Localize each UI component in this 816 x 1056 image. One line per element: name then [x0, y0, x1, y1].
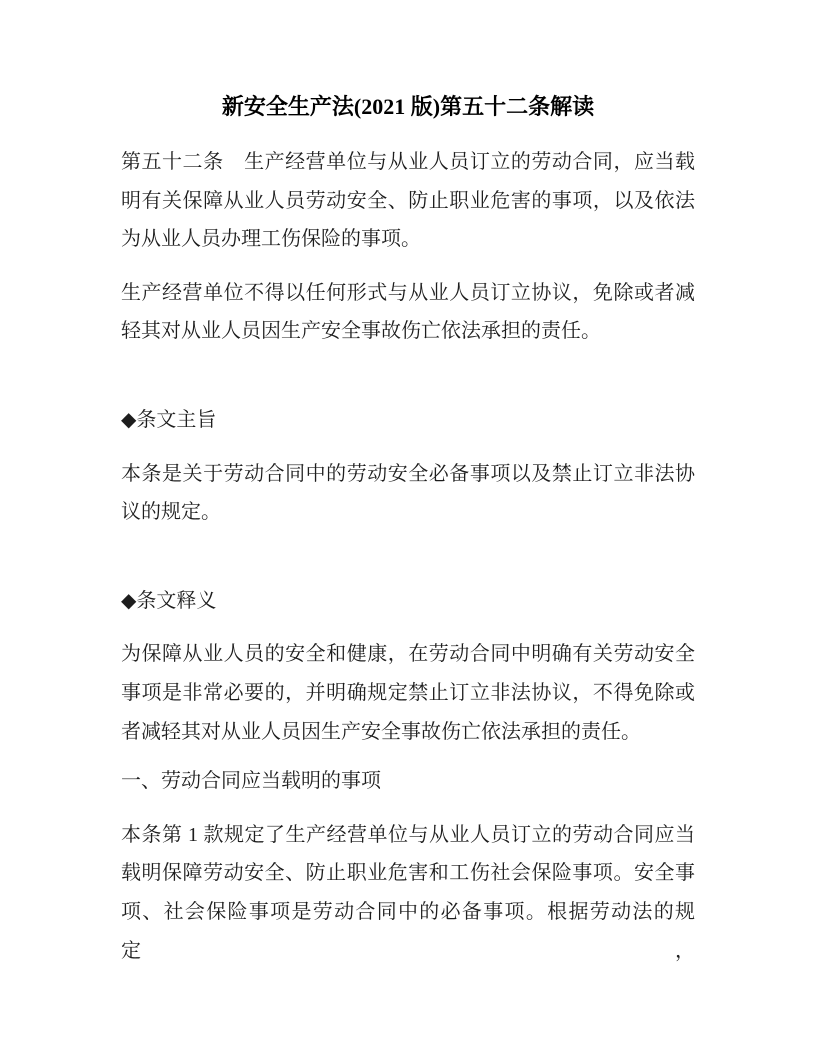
- paragraph-item1-body: 本条第 1 款规定了生产经营单位与从业人员订立的劳动合同应当 载明保障劳动安全、…: [121, 816, 695, 970]
- text-line: 本条第 1 款规定了生产经营单位与从业人员订立的劳动合同应当: [121, 816, 695, 855]
- text-line: 明有关保障从业人员劳动安全、防止职业危害的事项，以及依法: [121, 182, 695, 221]
- text-line: 本条是关于劳动合同中的劳动安全必备事项以及禁止订立非法协: [121, 455, 695, 494]
- section-heading-label: 条文主旨: [136, 409, 216, 431]
- text-line: 生产经营单位不得以任何形式与从业人员订立协议，免除或者减: [121, 274, 695, 313]
- text-line: 第五十二条 生产经营单位与从业人员订立的劳动合同，应当载: [121, 143, 695, 182]
- section-heading-interpretation: ◆条文释义: [121, 582, 695, 621]
- heading-item-1: 一、劳动合同应当载明的事项: [121, 762, 695, 801]
- paragraph-article-clause1: 第五十二条 生产经营单位与从业人员订立的劳动合同，应当载 明有关保障从业人员劳动…: [121, 143, 695, 259]
- paragraph-purport-body: 本条是关于劳动合同中的劳动安全必备事项以及禁止订立非法协 议的规定。: [121, 455, 695, 532]
- document-page: 新安全生产法(2021 版)第五十二条解读 第五十二条 生产经营单位与从业人员订…: [0, 0, 816, 1056]
- diamond-bullet-icon: ◆: [121, 590, 136, 612]
- text-line: 项、社会保险事项是劳动合同中的必备事项。根据劳动法的规定，: [121, 893, 695, 970]
- text-line: 载明保障劳动安全、防止职业危害和工伤社会保险事项。安全事: [121, 854, 695, 893]
- text-line: 为从业人员办理工伤保险的事项。: [121, 220, 695, 259]
- document-title: 新安全生产法(2021 版)第五十二条解读: [121, 92, 695, 122]
- text-line: 者减轻其对从业人员因生产安全事故伤亡依法承担的责任。: [121, 713, 695, 752]
- section-heading-label: 条文释义: [136, 590, 216, 612]
- text-line: 事项是非常必要的，并明确规定禁止订立非法协议，不得免除或: [121, 674, 695, 713]
- text-line: 轻其对从业人员因生产安全事故伤亡依法承担的责任。: [121, 312, 695, 351]
- paragraph-interpretation-body: 为保障从业人员的安全和健康，在劳动合同中明确有关劳动安全 事项是非常必要的，并明…: [121, 635, 695, 751]
- text-line: 为保障从业人员的安全和健康，在劳动合同中明确有关劳动安全: [121, 635, 695, 674]
- text-line: 议的规定。: [121, 493, 695, 532]
- diamond-bullet-icon: ◆: [121, 409, 136, 431]
- section-heading-purport: ◆条文主旨: [121, 401, 695, 440]
- paragraph-article-clause2: 生产经营单位不得以任何形式与从业人员订立协议，免除或者减 轻其对从业人员因生产安…: [121, 274, 695, 351]
